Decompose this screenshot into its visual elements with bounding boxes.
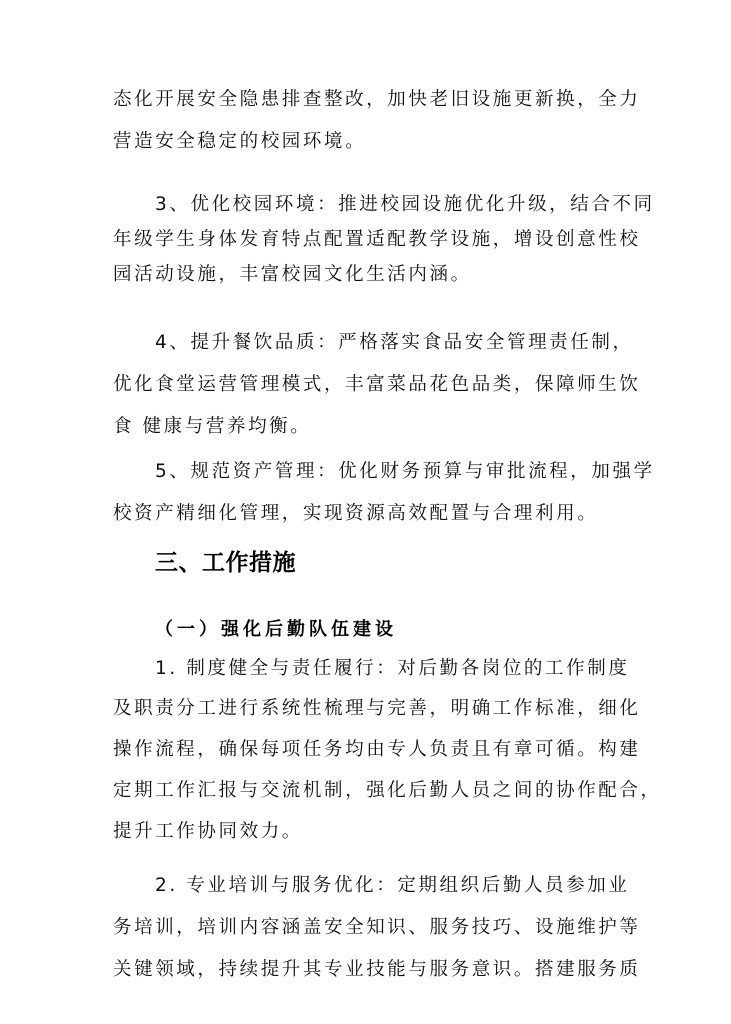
paragraph-line: 营造安全稳定的校园环境。 bbox=[113, 130, 366, 154]
paragraph-line: 操作流程，确保每项任务均由专人负责且有章可循。构建 bbox=[113, 738, 641, 762]
paragraph-line: 关键领域，持续提升其专业技能与服务意识。搭建服务质 bbox=[113, 958, 641, 982]
paragraph-line: 3、优化校园环境：推进校园设施优化升级，结合不同 bbox=[155, 193, 655, 217]
paragraph-line: 定期工作汇报与交流机制，强化后勤人员之间的协作配合， bbox=[113, 779, 662, 803]
paragraph-line: 1. 制度健全与责任履行：对后勤各岗位的工作制度 bbox=[155, 657, 629, 681]
paragraph-line: 园活动设施，丰富校园文化生活内涵。 bbox=[113, 263, 472, 287]
subsection-heading: （一）强化后勤队伍建设 bbox=[155, 618, 397, 642]
paragraph-line: 及职责分工进行系统性梳理与完善，明确工作标准，细化 bbox=[113, 697, 641, 721]
document-page: 态化开展安全隐患排查整改，加快老旧设施更新换，全力 营造安全稳定的校园环境。 3… bbox=[0, 0, 731, 1024]
paragraph-line: 优化食堂运营管理模式，丰富菜品花色品类，保障师生饮 bbox=[113, 373, 641, 397]
paragraph-line: 提升工作协同效力。 bbox=[113, 820, 303, 844]
paragraph-line: 态化开展安全隐患排查整改，加快老旧设施更新换，全力 bbox=[113, 88, 641, 112]
section-heading: 三、工作措施 bbox=[155, 549, 296, 577]
paragraph-line: 5、规范资产管理：优化财务预算与审批流程，加强学 bbox=[155, 460, 655, 484]
paragraph-line: 年级学生身体发育特点配置适配教学设施，增设创意性校 bbox=[113, 228, 641, 252]
paragraph-line: 务培训，培训内容涵盖安全知识、服务技巧、设施维护等 bbox=[113, 916, 641, 940]
paragraph-line: 4、提升餐饮品质：严格落实食品安全管理责任制， bbox=[155, 331, 634, 355]
paragraph-line: 校资产精细化管理，实现资源高效配置与合理利用。 bbox=[113, 502, 598, 526]
paragraph-line: 2. 专业培训与服务优化：定期组织后勤人员参加业 bbox=[155, 874, 629, 898]
paragraph-line: 食 健康与营养均衡。 bbox=[113, 415, 311, 439]
